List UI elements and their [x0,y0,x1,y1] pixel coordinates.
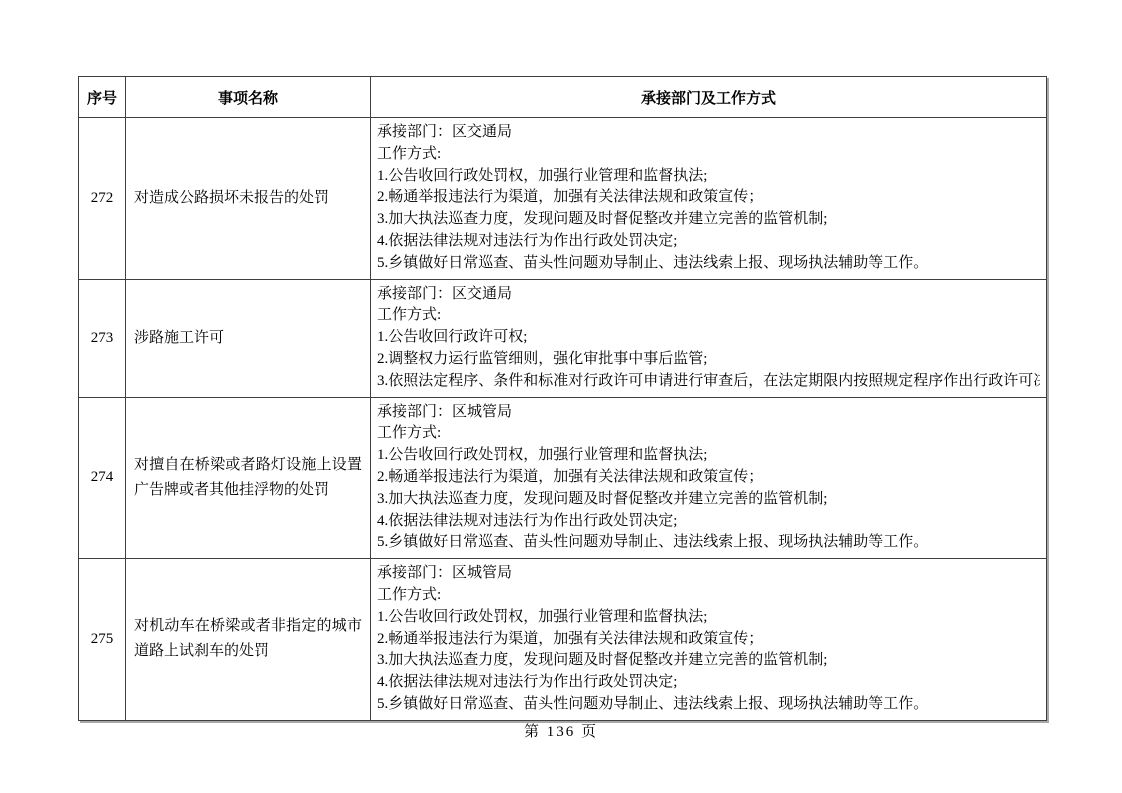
detail-line: 3.加大执法巡查力度，发现问题及时督促整改并建立完善的监管机制; [377,209,1040,231]
document-page: 序号 事项名称 承接部门及工作方式 272 对造成公路损坏未报告的处罚 承接部门… [0,0,1122,793]
detail-line: 工作方式: [377,585,1040,607]
detail-line: 承接部门：区城管局 [377,402,1040,424]
detail-line: 工作方式: [377,305,1040,327]
detail-line: 承接部门：区城管局 [377,563,1040,585]
item-name-cell: 涉路施工许可 [126,279,371,397]
detail-line: 4.依据法律法规对违法行为作出行政处罚决定; [377,231,1040,253]
detail-line: 承接部门：区交通局 [377,122,1040,144]
table-row: 275 对机动车在桥梁或者非指定的城市道路上试刹车的处罚 承接部门：区城管局 工… [79,559,1047,721]
detail-line: 1.公告收回行政处罚权，加强行业管理和监督执法; [377,607,1040,629]
seq-cell: 274 [79,397,126,559]
item-name-cell: 对机动车在桥梁或者非指定的城市道路上试刹车的处罚 [126,559,371,721]
detail-cell: 承接部门：区交通局 工作方式: 1.公告收回行政许可权; 2.调整权力运行监管细… [371,279,1047,397]
seq-cell: 272 [79,118,126,280]
detail-line: 5.乡镇做好日常巡查、苗头性问题劝导制止、违法线索上报、现场执法辅助等工作。 [377,253,1040,275]
detail-line: 5.乡镇做好日常巡查、苗头性问题劝导制止、违法线索上报、现场执法辅助等工作。 [377,532,1040,554]
detail-cell: 承接部门：区城管局 工作方式: 1.公告收回行政处罚权，加强行业管理和监督执法;… [371,559,1047,721]
detail-line: 3.加大执法巡查力度，发现问题及时督促整改并建立完善的监管机制; [377,650,1040,672]
detail-line: 承接部门：区交通局 [377,284,1040,306]
detail-line: 2.畅通举报违法行为渠道，加强有关法律法规和政策宣传； [377,629,1040,651]
detail-line: 工作方式: [377,144,1040,166]
items-table: 序号 事项名称 承接部门及工作方式 272 对造成公路损坏未报告的处罚 承接部门… [78,76,1047,721]
table-row: 273 涉路施工许可 承接部门：区交通局 工作方式: 1.公告收回行政许可权; … [79,279,1047,397]
page-number: 第 136 页 [0,720,1122,741]
table-header-row: 序号 事项名称 承接部门及工作方式 [79,77,1047,118]
detail-line: 1.公告收回行政许可权; [377,327,1040,349]
detail-line: 4.依据法律法规对违法行为作出行政处罚决定; [377,511,1040,533]
header-seq: 序号 [79,77,126,118]
header-item-name: 事项名称 [126,77,371,118]
header-department-method: 承接部门及工作方式 [371,77,1047,118]
detail-cell: 承接部门：区城管局 工作方式: 1.公告收回行政处罚权，加强行业管理和监督执法;… [371,397,1047,559]
detail-line: 2.畅通举报违法行为渠道，加强有关法律法规和政策宣传； [377,187,1040,209]
item-name-cell: 对擅自在桥梁或者路灯设施上设置广告牌或者其他挂浮物的处罚 [126,397,371,559]
detail-line: 4.依据法律法规对违法行为作出行政处罚决定; [377,672,1040,694]
detail-line: 工作方式: [377,423,1040,445]
item-name-cell: 对造成公路损坏未报告的处罚 [126,118,371,280]
table-row: 272 对造成公路损坏未报告的处罚 承接部门：区交通局 工作方式: 1.公告收回… [79,118,1047,280]
detail-line: 2.调整权力运行监管细则，强化审批事中事后监管; [377,349,1040,371]
detail-line: 1.公告收回行政处罚权，加强行业管理和监督执法; [377,166,1040,188]
detail-line: 2.畅通举报违法行为渠道，加强有关法律法规和政策宣传； [377,467,1040,489]
detail-line: 1.公告收回行政处罚权，加强行业管理和监督执法; [377,445,1040,467]
detail-line: 5.乡镇做好日常巡查、苗头性问题劝导制止、违法线索上报、现场执法辅助等工作。 [377,694,1040,716]
detail-line: 3.加大执法巡查力度，发现问题及时督促整改并建立完善的监管机制; [377,489,1040,511]
seq-cell: 273 [79,279,126,397]
detail-cell: 承接部门：区交通局 工作方式: 1.公告收回行政处罚权，加强行业管理和监督执法;… [371,118,1047,280]
seq-cell: 275 [79,559,126,721]
detail-line: 3.依照法定程序、条件和标准对行政许可申请进行审查后，在法定期限内按照规定程序作… [377,371,1040,393]
table-row: 274 对擅自在桥梁或者路灯设施上设置广告牌或者其他挂浮物的处罚 承接部门：区城… [79,397,1047,559]
